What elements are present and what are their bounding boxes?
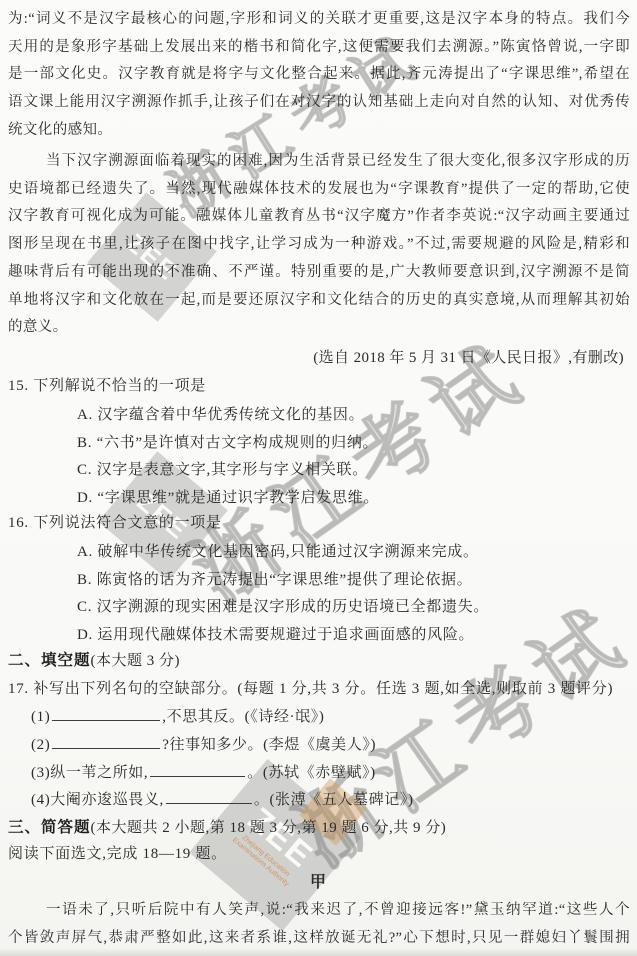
q15-options: A. 汉字蕴含着中华优秀传统文化的基因。 B. “六书”是许慎对古文字构成规则的… <box>77 402 379 512</box>
page-content: 为:“词义不是汉字最核心的问题,字形和词义的关联才更重要,这是汉字本身的特点。我… <box>0 0 637 956</box>
passage-label-jia: 甲 <box>0 869 637 892</box>
q17-item-1-post: ,不思其反。(《诗经·氓》) <box>162 709 324 725</box>
q15-stem: 15. 下列解说不恰当的一项是 <box>8 374 206 395</box>
q16-option-d: D. 运用现代融媒体技术需要规避过于追求画面感的风险。 <box>77 622 489 650</box>
section-3-heading: 三、简答题(本大题共 2 小题,第 18 题 3 分,第 19 题 6 分,共 … <box>8 815 446 837</box>
reading-instruction: 阅读下面选文,完成 18—19 题。 <box>8 842 227 863</box>
q16-options: A. 破解中华传统文化基因密码,只能通过汉字溯源来完成。 B. 陈寅恪的话为齐元… <box>77 539 489 649</box>
q17-item-2: (2)?往事知多少。(李煜《虞美人》) <box>31 732 414 760</box>
section-3-title: 三、简答题 <box>8 819 91 836</box>
passage-line: 一语未了,只听后院中有人笑声,说:“我来迟了,不曾迎接远客!”黛玉纳罕道:“这些… <box>8 897 630 925</box>
passage-line: 的意义。 <box>8 314 630 342</box>
passage-line: 当下汉字溯源面临着现实的困难,因为生活背景已经发生了很大变化,很多汉字形成的历 <box>8 148 630 176</box>
passage-line: 天用的是象形字基础上发展出来的楷书和简化字,这便需要我们去溯源。”陈寅恪曾说,一… <box>8 34 630 62</box>
q17-stem: 17. 补写出下列名句的空缺部分。(每题 1 分,共 3 分。任选 3 题,如全… <box>8 677 613 698</box>
passage-1: 为:“词义不是汉字最核心的问题,字形和词义的关联才更重要,这是汉字本身的特点。我… <box>8 6 630 145</box>
q17-item-2-pre: (2) <box>31 737 50 753</box>
q17-item-4-pre: (4)大阉亦逡巡畏义, <box>31 792 164 808</box>
q15-option-a: A. 汉字蕴含着中华优秀传统文化的基因。 <box>77 402 379 430</box>
section-2-points: (本大题 3 分) <box>91 653 181 669</box>
q17-item-1: (1),不思其反。(《诗经·氓》) <box>31 704 414 732</box>
passage-line: 汉字教育可视化成为可能。融媒体儿童教育丛书“汉字魔方”作者李英说:“汉字动画主要… <box>8 203 630 231</box>
q15-option-c: C. 汉字是表意文字,其字形与字义相关联。 <box>77 457 379 485</box>
passage-line: 为:“词义不是汉字最核心的问题,字形和词义的关联才更重要,这是汉字本身的特点。我… <box>8 6 630 34</box>
q16-option-a: A. 破解中华传统文化基因密码,只能通过汉字溯源来完成。 <box>77 539 489 567</box>
answer-blank <box>150 763 245 777</box>
passage-line: 单地将汉字和文化放在一起,而是要还原汉字和文化结合的历史的真实意境,从而理解其初… <box>8 287 630 315</box>
exam-paper-scan: 浙江考试 浙江考试 浙江考试 ZEE ZEE ZEE Zhejiang Educ… <box>0 0 637 956</box>
q17-item-4: (4)大阉亦逡巡畏义,。(张溥《五人墓碑记》) <box>31 787 414 815</box>
q17-item-3-pre: (3)纵一苇之所如, <box>31 765 148 781</box>
section-2-title: 二、填空题 <box>8 652 91 669</box>
passage-3: 一语未了,只听后院中有人笑声,说:“我来迟了,不曾迎接远客!”黛玉纳罕道:“这些… <box>8 897 630 952</box>
passage-line: 语文课上能用汉字溯源作抓手,让孩子们在对汉字的认知基础上走向对自然的认知、对优秀… <box>8 89 630 117</box>
q17-items: (1),不思其反。(《诗经·氓》) (2)?往事知多少。(李煜《虞美人》) (3… <box>31 704 414 815</box>
answer-blank <box>166 791 252 805</box>
passage-2: 当下汉字溯源面临着现实的困难,因为生活背景已经发生了很大变化,很多汉字形成的历 … <box>8 148 630 342</box>
passage-line: 史语境都已经遗失了。当然,现代融媒体技术的发展也为“字课教育”提供了一定的帮助,… <box>8 176 630 204</box>
q17-item-1-pre: (1) <box>31 709 50 725</box>
q15-option-d: D. “字课思维”就是通过识字教学启发思维。 <box>77 485 379 513</box>
q17-item-3: (3)纵一苇之所如,。(苏轼《赤壁赋》) <box>31 760 414 788</box>
q16-option-b: B. 陈寅恪的话为齐元涛提出“字课思维”提供了理论依据。 <box>77 567 489 595</box>
passage-line: 统文化的感知。 <box>8 117 630 145</box>
passage-line: 趣味背后有可能出现的不准确、不严谨。特别重要的是,广大教师要意识到,汉字溯源不是… <box>8 259 630 287</box>
passage-line: 个皆敛声屏气,恭肃严整如此,这来者系谁,这样放诞无礼?”心下想时,只见一群媳妇丫… <box>8 925 630 953</box>
q16-stem: 16. 下列说法符合文意的一项是 <box>8 511 222 532</box>
q17-item-4-post: 。(张溥《五人墓碑记》) <box>254 792 414 808</box>
source-attribution: (选自 2018 年 5 月 31 日《人民日报》,有删改) <box>8 346 624 367</box>
answer-blank <box>52 707 160 721</box>
answer-blank <box>52 735 160 749</box>
q16-option-c: C. 汉字溯源的现实困难是汉字形成的历史语境已全都遗失。 <box>77 594 489 622</box>
section-3-points: (本大题共 2 小题,第 18 题 3 分,第 19 题 6 分,共 9 分) <box>91 820 447 836</box>
q17-item-2-post: ?往事知多少。(李煜《虞美人》) <box>162 737 376 753</box>
passage-line: 是一部文化史。汉字教育就是将字与文化整合起来。据此,齐元涛提出了“字课思维”,希… <box>8 61 630 89</box>
q15-option-b: B. “六书”是许慎对古文字构成规则的归纳。 <box>77 430 379 458</box>
q17-item-3-post: 。(苏轼《赤壁赋》) <box>247 765 376 781</box>
passage-line: 图形呈现在书里,让孩子在图中找字,让学习成为一种游戏。”不过,需要规避的风险是,… <box>8 231 630 259</box>
section-2-heading: 二、填空题(本大题 3 分) <box>8 648 180 670</box>
